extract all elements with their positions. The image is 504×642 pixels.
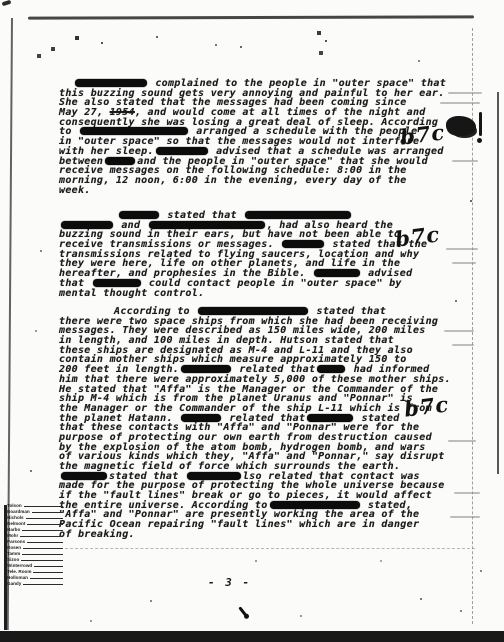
stamp-fill-line: [27, 542, 63, 543]
stamp-name: Belmont: [7, 521, 25, 526]
page-number: - 3 -: [208, 576, 251, 589]
ink-blob: [446, 116, 476, 136]
stamp-name: Tele. Room: [7, 569, 31, 574]
stamp-name: Holloman: [7, 575, 28, 580]
stamp-fill-line: [21, 560, 63, 561]
stamp-name: Gandy: [7, 581, 21, 586]
stamp-name: Winterrowd: [7, 563, 32, 568]
stamp-fill-line: [22, 554, 63, 555]
redaction-bar: [314, 269, 360, 277]
redaction-bar: [307, 414, 353, 422]
scan-corner-mark: [2, 0, 12, 6]
redaction-bar: [245, 211, 351, 219]
scan-edge-bottom-band: [0, 631, 504, 642]
stamp-name: Sizoo: [7, 557, 19, 562]
stamp-fill-line: [34, 566, 63, 567]
stamp-row: Gandy: [7, 580, 64, 586]
redaction-bar: [61, 472, 107, 480]
stamp-fill-line: [32, 512, 63, 513]
typed-text: morning, 12 noon, 6:00 in the evening, e…: [59, 175, 407, 186]
redaction-bar: [181, 365, 231, 373]
scan-noise-specks: [0, 0, 2, 2]
stamp-fill-line: [27, 524, 63, 525]
stamp-fill-line: [30, 578, 63, 579]
stamp-name: Rosen: [7, 545, 21, 550]
document-page: { "document": { "page_number": "- 3 -", …: [0, 0, 504, 642]
redaction-bar: [270, 501, 360, 509]
typed-paragraph-3: According to stated thatthere were two s…: [59, 307, 477, 540]
redaction-bar: [61, 221, 113, 229]
stamp-fill-line: [22, 530, 63, 531]
redaction-bar: [75, 79, 147, 87]
stamp-fill-line: [33, 572, 63, 573]
stamp-fill-line: [20, 536, 63, 537]
stamp-fill-line: [24, 506, 63, 507]
redaction-bar: [105, 157, 135, 165]
redaction-bar: [156, 147, 208, 155]
typed-text: stated that: [161, 210, 243, 221]
stamp-fill-line: [23, 548, 63, 549]
redaction-bar: [282, 240, 324, 248]
typed-text: mental thought control.: [59, 288, 204, 299]
redaction-bar: [181, 414, 221, 422]
redaction-bar: [93, 279, 141, 287]
ink-blob-dot: [477, 138, 482, 143]
scan-edge-top: [28, 15, 474, 19]
ink-blob-tail: [479, 112, 482, 136]
stamp-fill-line: [23, 584, 63, 585]
redaction-bar: [187, 472, 241, 480]
redaction-bar: [119, 211, 159, 219]
redaction-bar: [317, 365, 345, 373]
stamp-fill-line: [26, 518, 63, 519]
redaction-bar: [149, 221, 265, 229]
stamp-name: Harbo: [7, 527, 20, 532]
stamp-name: Tamm: [7, 551, 20, 556]
stamp-name: Mohr: [7, 533, 18, 538]
scan-edge-right: [497, 92, 499, 474]
typed-text: of breaking.: [59, 529, 135, 540]
stamp-name: Tolson: [7, 503, 22, 508]
pen-stroke-mark: [238, 607, 248, 619]
stamp-name: Nichols: [7, 515, 24, 520]
typed-text: week.: [59, 185, 91, 196]
stamp-name: Parsons: [7, 539, 25, 544]
redaction-bar: [198, 307, 308, 315]
redaction-bar: [80, 127, 188, 135]
scan-faint-rule: [55, 548, 475, 549]
distribution-stamp-list: TolsonBoardmanNicholsBelmontHarboMohrPar…: [7, 502, 64, 586]
stamp-name: Boardman: [7, 509, 30, 514]
